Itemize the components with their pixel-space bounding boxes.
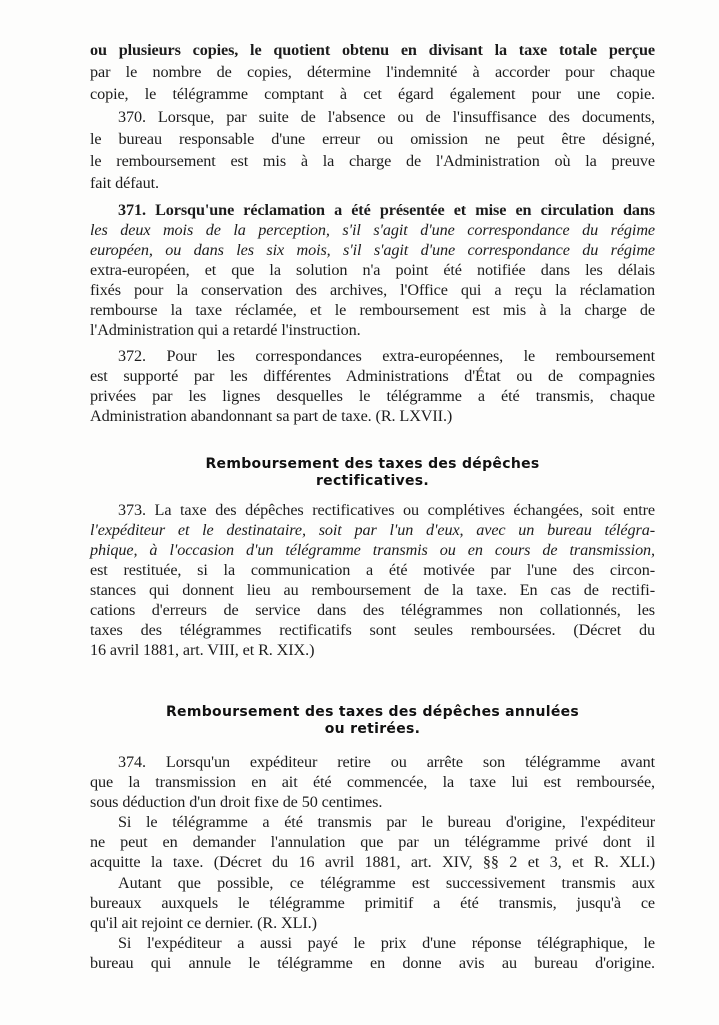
text-line: privées par les lignes desquelles le tél…: [90, 386, 655, 406]
text-line: 372. Pour les correspondances extra-euro…: [90, 346, 655, 366]
text-line: taxes des télégrammes rectificatifs sont…: [90, 620, 655, 640]
text-line: Si l'expéditeur a aussi payé le prix d'u…: [90, 933, 655, 953]
heading-line: Remboursement des taxes des dépêches: [90, 456, 655, 473]
text-line: 371. Lorsqu'une réclamation a été présen…: [90, 200, 655, 220]
text-line: bureaux auxquels le télégramme primitif …: [90, 893, 655, 913]
text-line: 373. La taxe des dépêches rectificatives…: [90, 500, 655, 520]
text-line: extra-européen, et que la solution n'a p…: [90, 260, 655, 280]
text-line: européen, ou dans les six mois, s'il s'a…: [90, 240, 655, 260]
text-line: l'expéditeur et le destinataire, soit pa…: [90, 520, 655, 540]
text-line: copie, le télégramme comptant à cet égar…: [90, 84, 655, 104]
text-line: est supporté par les différentes Adminis…: [90, 366, 655, 386]
text-line: est restituée, si la communication a été…: [90, 560, 655, 580]
text-line: qu'il ait rejoint ce dernier. (R. XLI.): [90, 913, 655, 933]
text-line: que la transmission en ait été commencée…: [90, 772, 655, 792]
text-line: ou plusieurs copies, le quotient obtenu …: [90, 40, 655, 60]
text-line: fixés pour la conservation des archives,…: [90, 280, 655, 300]
text-line: rembourse la taxe réclamée, et le rembou…: [90, 300, 655, 320]
text-line: acquitte la taxe. (Décret du 16 avril 18…: [90, 852, 655, 872]
text-line: 374. Lorsqu'un expéditeur retire ou arrê…: [90, 752, 655, 772]
text-line: cations d'erreurs de service dans des té…: [90, 600, 655, 620]
text-line: par le nombre de copies, détermine l'ind…: [90, 62, 655, 82]
text-line: Autant que possible, ce télégramme est s…: [90, 873, 655, 893]
text-line: bureau qui annule le télégramme en donne…: [90, 953, 655, 973]
text-line: les deux mois de la perception, s'il s'a…: [90, 220, 655, 240]
text-line: l'Administration qui a retardé l'instruc…: [90, 320, 655, 340]
text-line: sous déduction d'un droit fixe de 50 cen…: [90, 792, 655, 812]
scanned-page: ou plusieurs copies, le quotient obtenu …: [0, 0, 719, 1025]
text-line: fait défaut.: [90, 173, 655, 193]
text-line: 16 avril 1881, art. VIII, et R. XIX.): [90, 640, 655, 660]
text-line: Si le télégramme a été transmis par le b…: [90, 812, 655, 832]
heading-line: rectificatives.: [90, 473, 655, 490]
text-line: 370. Lorsque, par suite de l'absence ou …: [90, 107, 655, 127]
heading-line: ou retirées.: [90, 721, 655, 738]
text-line: phique, à l'occasion d'un télégramme tra…: [90, 540, 655, 560]
text-line: stances qui donnent lieu au remboursemen…: [90, 580, 655, 600]
text-line: le bureau responsable d'une erreur ou om…: [90, 129, 655, 149]
text-line: le remboursement est mis à la charge de …: [90, 151, 655, 171]
heading-line: Remboursement des taxes des dépêches ann…: [90, 704, 655, 721]
text-line: ne peut en demander l'annulation que par…: [90, 832, 655, 852]
text-line: Administration abandonnant sa part de ta…: [90, 406, 655, 426]
